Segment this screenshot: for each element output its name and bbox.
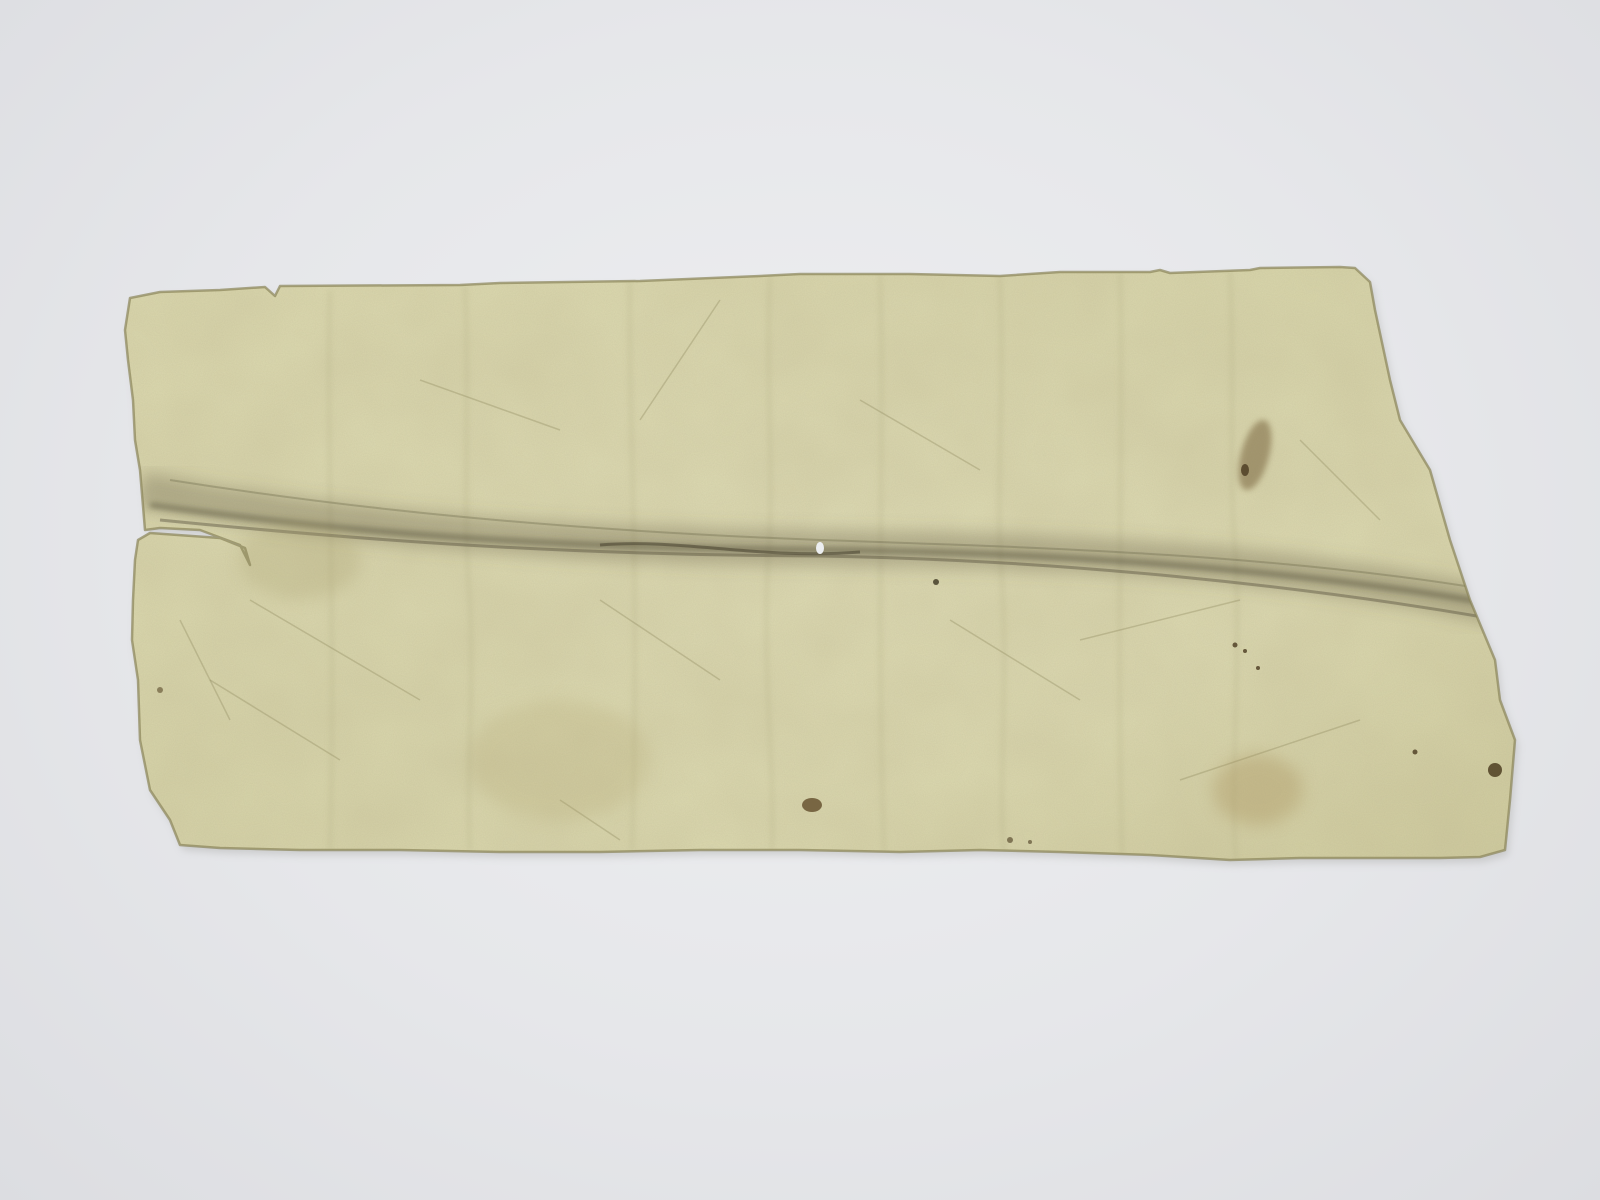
photo-scene <box>0 0 1600 1200</box>
paper-fragment <box>0 0 1600 1200</box>
paper-hole <box>816 542 824 554</box>
paper-illustration <box>0 0 1600 1200</box>
paper-body <box>100 250 1530 880</box>
